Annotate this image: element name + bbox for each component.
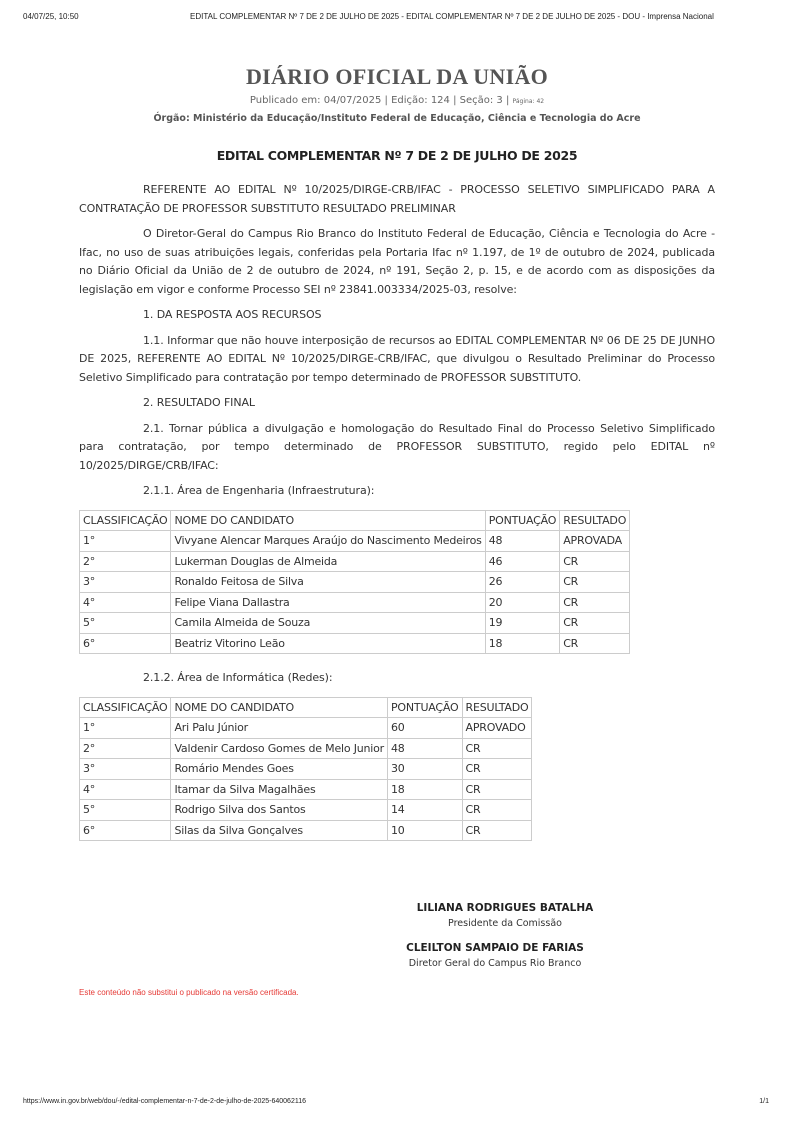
table-cell: Romário Mendes Goes xyxy=(171,759,388,780)
table-row: 2°Lukerman Douglas de Almeida46CR xyxy=(80,551,630,572)
table-row: 1°Ari Palu Júnior60APROVADO xyxy=(80,718,532,739)
table-cell: Vivyane Alencar Marques Araújo do Nascim… xyxy=(171,531,485,552)
table-cell: 20 xyxy=(485,592,560,613)
table-header-cell: CLASSIFICAÇÃO xyxy=(80,510,171,531)
table-cell: 14 xyxy=(388,800,463,821)
published-label: Publicado em: 04/07/2025 | Edição: 124 |… xyxy=(250,95,509,106)
table-row: 5°Rodrigo Silva dos Santos14CR xyxy=(80,800,532,821)
section-1-heading: 1. DA RESPOSTA AOS RECURSOS xyxy=(79,306,715,325)
print-datetime: 04/07/25, 10:50 xyxy=(23,12,79,21)
results-table-engenharia: CLASSIFICAÇÃONOME DO CANDIDATOPONTUAÇÃOR… xyxy=(79,510,630,655)
table-header-row: CLASSIFICAÇÃONOME DO CANDIDATOPONTUAÇÃOR… xyxy=(80,697,532,718)
signer-name: CLEILTON SAMPAIO DE FARIAS xyxy=(385,940,605,956)
table-cell: CR xyxy=(560,592,630,613)
table-header-cell: NOME DO CANDIDATO xyxy=(171,510,485,531)
table-row: 4°Felipe Viana Dallastra20CR xyxy=(80,592,630,613)
table-cell: CR xyxy=(560,613,630,634)
orgao: Órgão: Ministério da Educação/Instituto … xyxy=(79,112,715,126)
table-header-row: CLASSIFICAÇÃONOME DO CANDIDATOPONTUAÇÃOR… xyxy=(80,510,630,531)
table-cell: 46 xyxy=(485,551,560,572)
preamble: O Diretor-Geral do Campus Rio Branco do … xyxy=(79,225,715,299)
table-cell: Ronaldo Feitosa de Silva xyxy=(171,572,485,593)
table-cell: Camila Almeida de Souza xyxy=(171,613,485,634)
table-cell: 19 xyxy=(485,613,560,634)
print-url: https://www.in.gov.br/web/dou/-/edital-c… xyxy=(23,1098,306,1105)
table-header-cell: RESULTADO xyxy=(560,510,630,531)
item-2-1-1: 2.1.1. Área de Engenharia (Infraestrutur… xyxy=(79,482,715,501)
table-header-cell: NOME DO CANDIDATO xyxy=(171,697,388,718)
table-cell: Itamar da Silva Magalhães xyxy=(171,779,388,800)
table-cell: 4° xyxy=(80,592,171,613)
act-identifier: EDITAL COMPLEMENTAR Nº 7 DE 2 DE JULHO D… xyxy=(79,148,715,163)
table-cell: CR xyxy=(462,759,532,780)
table-cell: 48 xyxy=(388,738,463,759)
table-cell: 2° xyxy=(80,738,171,759)
table-cell: APROVADO xyxy=(462,718,532,739)
table-cell: 48 xyxy=(485,531,560,552)
table-cell: 1° xyxy=(80,531,171,552)
signer-1: LILIANA RODRIGUES BATALHA Presidente da … xyxy=(405,900,605,931)
table-cell: APROVADA xyxy=(560,531,630,552)
table-cell: Lukerman Douglas de Almeida xyxy=(171,551,485,572)
signer-2: CLEILTON SAMPAIO DE FARIAS Diretor Geral… xyxy=(385,940,605,971)
table-row: 6°Beatriz Vitorino Leão18CR xyxy=(80,633,630,654)
item-2-1: 2.1. Tornar pública a divulgação e homol… xyxy=(79,420,715,476)
table-cell: Rodrigo Silva dos Santos xyxy=(171,800,388,821)
table-cell: 4° xyxy=(80,779,171,800)
table-row: 2°Valdenir Cardoso Gomes de Melo Junior4… xyxy=(80,738,532,759)
table-cell: 30 xyxy=(388,759,463,780)
table-header-cell: CLASSIFICAÇÃO xyxy=(80,697,171,718)
table-cell: 10 xyxy=(388,820,463,841)
print-page-count: 1/1 xyxy=(759,1098,769,1105)
table-cell: CR xyxy=(560,572,630,593)
table-cell: Valdenir Cardoso Gomes de Melo Junior xyxy=(171,738,388,759)
table-cell: 6° xyxy=(80,820,171,841)
newspaper-title: DIÁRIO OFICIAL DA UNIÃO xyxy=(79,62,715,92)
table-row: 6°Silas da Silva Gonçalves10CR xyxy=(80,820,532,841)
table-cell: 60 xyxy=(388,718,463,739)
publication-info: Publicado em: 04/07/2025 | Edição: 124 |… xyxy=(79,94,715,109)
ementa: REFERENTE AO EDITAL Nº 10/2025/DIRGE-CRB… xyxy=(79,181,715,218)
table-header-cell: RESULTADO xyxy=(462,697,532,718)
table-row: 3°Ronaldo Feitosa de Silva26CR xyxy=(80,572,630,593)
signer-name: LILIANA RODRIGUES BATALHA xyxy=(405,900,605,916)
results-table-informatica: CLASSIFICAÇÃONOME DO CANDIDATOPONTUAÇÃOR… xyxy=(79,697,532,842)
table-cell: 2° xyxy=(80,551,171,572)
table-cell: Silas da Silva Gonçalves xyxy=(171,820,388,841)
table-cell: 6° xyxy=(80,633,171,654)
table-header-cell: PONTUAÇÃO xyxy=(485,510,560,531)
signer-role: Presidente da Comissão xyxy=(405,916,605,931)
table-cell: 5° xyxy=(80,800,171,821)
table-cell: CR xyxy=(462,738,532,759)
table-cell: 3° xyxy=(80,572,171,593)
section-2-heading: 2. RESULTADO FINAL xyxy=(79,394,715,413)
table-header-cell: PONTUAÇÃO xyxy=(388,697,463,718)
table-cell: 5° xyxy=(80,613,171,634)
document: DIÁRIO OFICIAL DA UNIÃO Publicado em: 04… xyxy=(79,62,715,841)
item-1-1: 1.1. Informar que não houve interposição… xyxy=(79,332,715,388)
masthead: DIÁRIO OFICIAL DA UNIÃO Publicado em: 04… xyxy=(79,62,715,126)
table-cell: Ari Palu Júnior xyxy=(171,718,388,739)
table-cell: CR xyxy=(462,800,532,821)
table-cell: 3° xyxy=(80,759,171,780)
table-cell: Felipe Viana Dallastra xyxy=(171,592,485,613)
table-cell: CR xyxy=(462,820,532,841)
table-cell: CR xyxy=(560,633,630,654)
item-2-1-2: 2.1.2. Área de Informática (Redes): xyxy=(79,669,715,688)
signer-role: Diretor Geral do Campus Rio Branco xyxy=(385,956,605,971)
table-cell: 18 xyxy=(485,633,560,654)
table-cell: 1° xyxy=(80,718,171,739)
print-page-title: EDITAL COMPLEMENTAR Nº 7 DE 2 DE JULHO D… xyxy=(190,12,714,21)
table-cell: CR xyxy=(462,779,532,800)
table-row: 1°Vivyane Alencar Marques Araújo do Nasc… xyxy=(80,531,630,552)
table-cell: 18 xyxy=(388,779,463,800)
table-row: 4°Itamar da Silva Magalhães18CR xyxy=(80,779,532,800)
table-cell: CR xyxy=(560,551,630,572)
disclaimer: Este conteúdo não substitui o publicado … xyxy=(79,988,299,997)
table-row: 5°Camila Almeida de Souza19CR xyxy=(80,613,630,634)
table-cell: Beatriz Vitorino Leão xyxy=(171,633,485,654)
table-cell: 26 xyxy=(485,572,560,593)
page-label: Página: 42 xyxy=(513,98,545,105)
table-row: 3°Romário Mendes Goes30CR xyxy=(80,759,532,780)
